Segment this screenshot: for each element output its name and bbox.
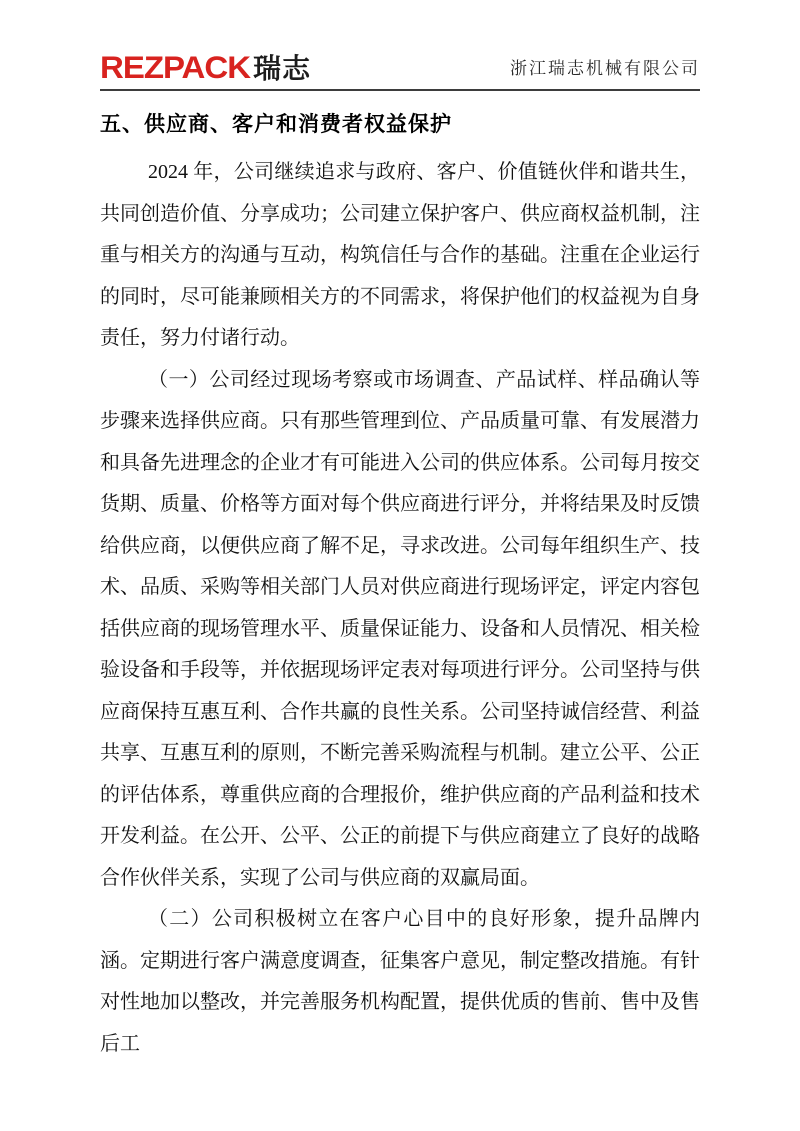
section-title: 五、供应商、客户和消费者权益保护 xyxy=(100,108,700,138)
page-header: REZPACK瑞志 浙江瑞志机械有限公司 xyxy=(100,50,700,91)
logo-cjk-text: 瑞志 xyxy=(253,55,311,83)
company-logo: REZPACK瑞志 xyxy=(100,50,311,83)
body-paragraphs: 2024 年，公司继续追求与政府、客户、价值链伙伴和谐共生，共同创造价值、分享成… xyxy=(100,152,700,1065)
company-name: 浙江瑞志机械有限公司 xyxy=(510,54,700,83)
logo-latin-text: REZPACK xyxy=(100,51,250,83)
paragraph: 2024 年，公司继续追求与政府、客户、价值链伙伴和谐共生，共同创造价值、分享成… xyxy=(100,152,700,360)
document-page: REZPACK瑞志 浙江瑞志机械有限公司 五、供应商、客户和消费者权益保护 20… xyxy=(0,0,800,1131)
paragraph: （二）公司积极树立在客户心目中的良好形象，提升品牌内涵。定期进行客户满意度调查，… xyxy=(100,899,700,1065)
paragraph: （一）公司经过现场考察或市场调查、产品试样、样品确认等步骤来选择供应商。只有那些… xyxy=(100,360,700,900)
